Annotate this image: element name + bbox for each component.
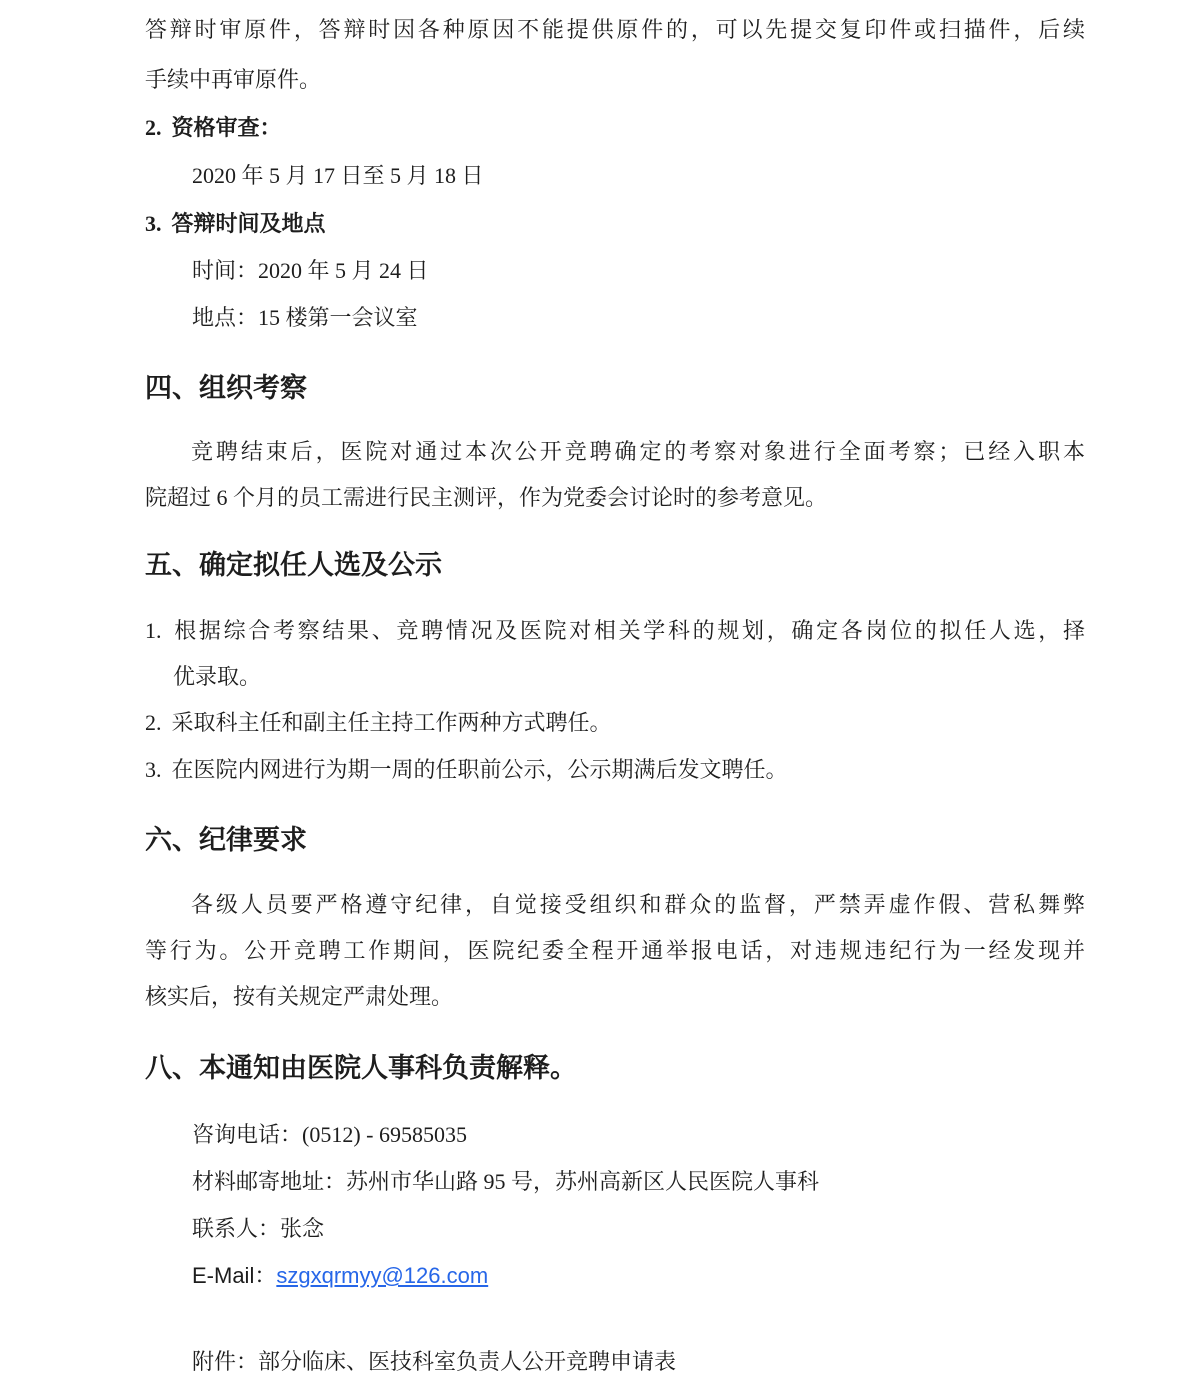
- item-text: 根据综合考察结果、竞聘情况及医院对相关学科的规划，确定各岗位的拟任人选，择: [172, 618, 1086, 643]
- item-number: 3.: [145, 757, 162, 782]
- section-5-item-1-line-2: 优录取。: [173, 654, 1085, 700]
- numbered-item-qualification-review: 2.资格审查：: [145, 105, 1085, 151]
- item-number: 1.: [145, 618, 162, 643]
- defense-time: 时间：2020 年 5 月 24 日: [192, 248, 1085, 294]
- item-title: 资格审查：: [172, 115, 282, 140]
- contact-phone: 咨询电话：(0512) - 69585035: [192, 1111, 1085, 1158]
- item-text: 采取科主任和副主任主持工作两种方式聘任。: [172, 710, 612, 735]
- intro-line-2: 手续中再审原件。: [145, 55, 1085, 105]
- section-6-line-1: 各级人员要严格遵守纪律，自觉接受组织和群众的监督，严禁弄虚作假、营私舞弊: [145, 882, 1085, 928]
- section-5-item-1: 1.根据综合考察结果、竞聘情况及医院对相关学科的规划，确定各岗位的拟任人选，择 …: [145, 608, 1085, 700]
- qualification-review-date: 2020 年 5 月 17 日至 5 月 18 日: [192, 153, 1085, 199]
- section-heading-6: 六、纪律要求: [145, 818, 1085, 862]
- email-link[interactable]: szgxqrmyy@126.com: [276, 1263, 488, 1288]
- contact-email-line: E-Mail：szgxqrmyy@126.com: [192, 1252, 1085, 1299]
- email-label: E-Mail：: [192, 1263, 276, 1288]
- intro-paragraph: 答辩时审原件，答辩时因各种原因不能提供原件的，可以先提交复印件或扫描件，后续 手…: [145, 5, 1085, 105]
- document-page: 答辩时审原件，答辩时因各种原因不能提供原件的，可以先提交复印件或扫描件，后续 手…: [0, 0, 1200, 1385]
- section-4-line-2: 院超过 6 个月的员工需进行民主测评，作为党委会讨论时的参考意见。: [145, 475, 1085, 521]
- item-number: 3.: [145, 211, 162, 236]
- numbered-item-defense-time-place: 3.答辩时间及地点: [145, 201, 1085, 247]
- section-6-line-3: 核实后，按有关规定严肃处理。: [145, 974, 1085, 1020]
- item-title: 答辩时间及地点: [172, 211, 326, 236]
- attachment-line: 附件：部分临床、医技科室负责人公开竞聘申请表: [192, 1339, 1085, 1385]
- section-4-line-1: 竞聘结束后，医院对通过本次公开竞聘确定的考察对象进行全面考察；已经入职本: [145, 429, 1085, 475]
- section-5-item-3: 3.在医院内网进行为期一周的任职前公示，公示期满后发文聘任。: [145, 747, 1085, 793]
- section-5-item-2: 2.采取科主任和副主任主持工作两种方式聘任。: [145, 700, 1085, 746]
- defense-place: 地点：15 楼第一会议室: [192, 295, 1085, 341]
- item-number: 2.: [145, 710, 162, 735]
- contact-person: 联系人：张念: [192, 1205, 1085, 1252]
- section-5-item-1-line-1: 1.根据综合考察结果、竞聘情况及医院对相关学科的规划，确定各岗位的拟任人选，择: [145, 608, 1085, 654]
- contact-mailing-address: 材料邮寄地址：苏州市华山路 95 号，苏州高新区人民医院人事科: [192, 1158, 1085, 1205]
- section-6-paragraph: 各级人员要严格遵守纪律，自觉接受组织和群众的监督，严禁弄虚作假、营私舞弊 等行为…: [145, 882, 1085, 1020]
- item-number: 2.: [145, 115, 162, 140]
- section-heading-8: 八、本通知由医院人事科负责解释。: [145, 1046, 1085, 1090]
- contact-info-block: 咨询电话：(0512) - 69585035 材料邮寄地址：苏州市华山路 95 …: [145, 1111, 1085, 1299]
- intro-line-1: 答辩时审原件，答辩时因各种原因不能提供原件的，可以先提交复印件或扫描件，后续: [145, 5, 1085, 55]
- section-heading-5: 五、确定拟任人选及公示: [145, 543, 1085, 587]
- item-text: 在医院内网进行为期一周的任职前公示，公示期满后发文聘任。: [172, 757, 788, 782]
- section-6-line-2: 等行为。公开竞聘工作期间，医院纪委全程开通举报电话，对违规违纪行为一经发现并: [145, 928, 1085, 974]
- section-4-paragraph: 竞聘结束后，医院对通过本次公开竞聘确定的考察对象进行全面考察；已经入职本 院超过…: [145, 429, 1085, 521]
- section-heading-4: 四、组织考察: [145, 366, 1085, 410]
